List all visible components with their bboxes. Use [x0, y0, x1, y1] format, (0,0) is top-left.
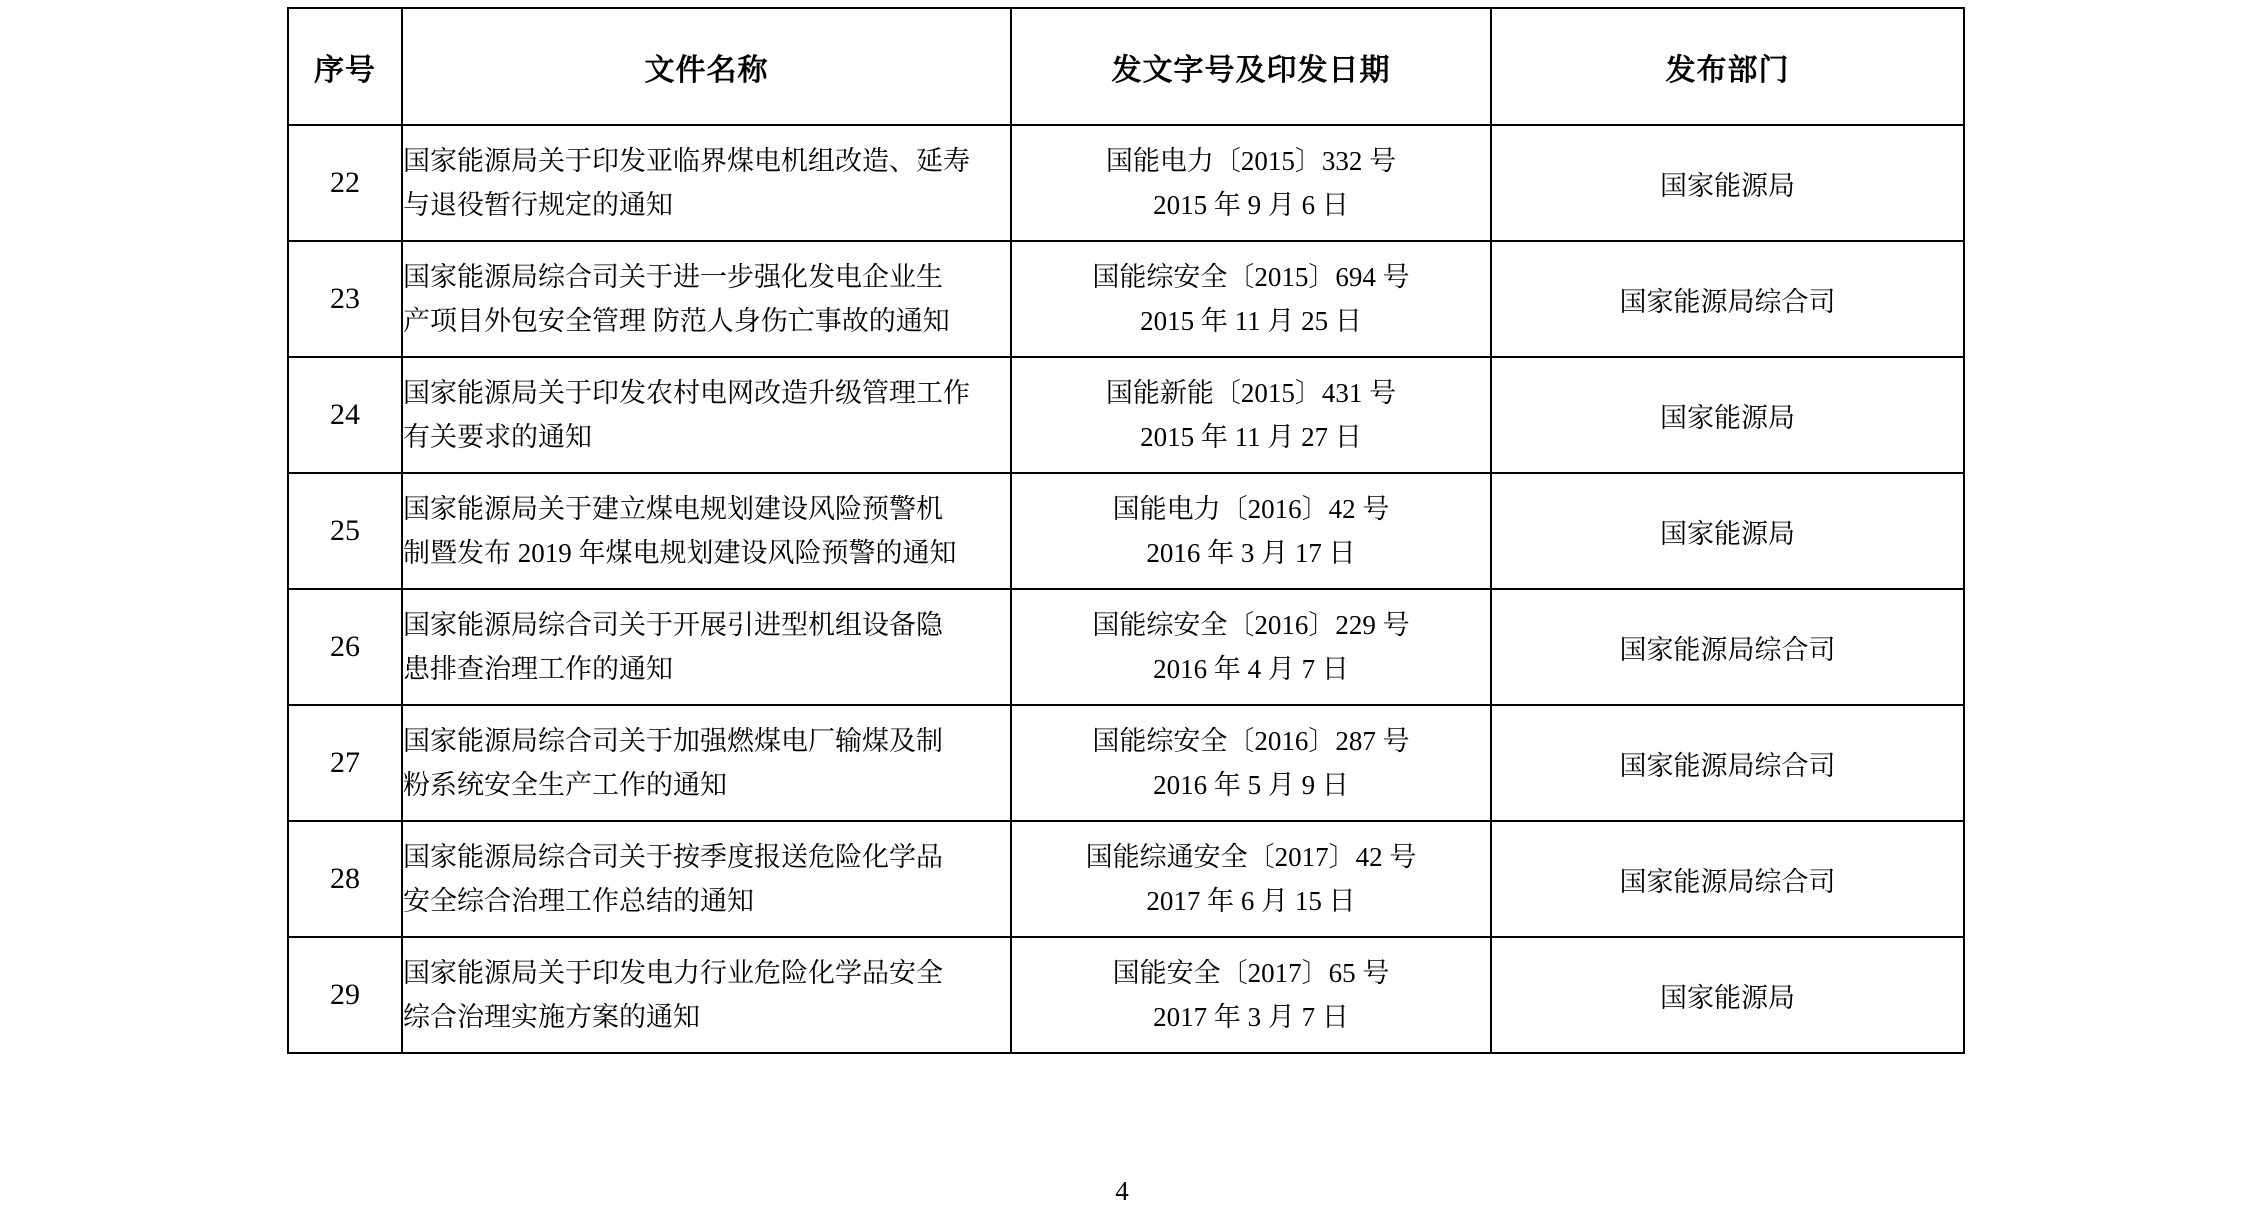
cell-department: 国家能源局	[1491, 937, 1964, 1053]
doc-number: 国能综安全〔2016〕287 号	[1012, 719, 1490, 763]
cell-document-name: 国家能源局综合司关于按季度报送危险化学品 安全综合治理工作总结的通知	[402, 821, 1011, 937]
cell-document-name: 国家能源局关于建立煤电规划建设风险预警机 制暨发布 2019 年煤电规划建设风险…	[402, 473, 1011, 589]
cell-doc-number-date: 国能综安全〔2016〕287 号 2016 年 5 月 9 日	[1011, 705, 1491, 821]
table-row: 27 国家能源局综合司关于加强燃煤电厂输煤及制 粉系统安全生产工作的通知 国能综…	[288, 705, 1964, 821]
cell-department: 国家能源局综合司	[1491, 821, 1964, 937]
cell-department: 国家能源局综合司	[1491, 705, 1964, 821]
table-row: 28 国家能源局综合司关于按季度报送危险化学品 安全综合治理工作总结的通知 国能…	[288, 821, 1964, 937]
cell-serial-number: 24	[288, 357, 402, 473]
cell-department: 国家能源局	[1491, 473, 1964, 589]
cell-doc-number-date: 国能电力〔2016〕42 号 2016 年 3 月 17 日	[1011, 473, 1491, 589]
page-number: 4	[0, 1176, 2244, 1207]
header-doc-number-date: 发文字号及印发日期	[1011, 8, 1491, 125]
cell-doc-number-date: 国能综安全〔2016〕229 号 2016 年 4 月 7 日	[1011, 589, 1491, 705]
doc-number: 国能综通安全〔2017〕42 号	[1012, 835, 1490, 879]
cell-doc-number-date: 国能新能〔2015〕431 号 2015 年 11 月 27 日	[1011, 357, 1491, 473]
cell-department: 国家能源局	[1491, 357, 1964, 473]
cell-document-name: 国家能源局关于印发亚临界煤电机组改造、延寿 与退役暂行规定的通知	[402, 125, 1011, 241]
doc-date: 2016 年 4 月 7 日	[1012, 647, 1490, 691]
doc-date: 2017 年 6 月 15 日	[1012, 879, 1490, 923]
cell-document-name: 国家能源局关于印发农村电网改造升级管理工作 有关要求的通知	[402, 357, 1011, 473]
header-issuing-department: 发布部门	[1491, 8, 1964, 125]
table-row: 25 国家能源局关于建立煤电规划建设风险预警机 制暨发布 2019 年煤电规划建…	[288, 473, 1964, 589]
cell-doc-number-date: 国能电力〔2015〕332 号 2015 年 9 月 6 日	[1011, 125, 1491, 241]
doc-date: 2016 年 5 月 9 日	[1012, 763, 1490, 807]
cell-serial-number: 22	[288, 125, 402, 241]
cell-doc-number-date: 国能安全〔2017〕65 号 2017 年 3 月 7 日	[1011, 937, 1491, 1053]
doc-number: 国能电力〔2016〕42 号	[1012, 487, 1490, 531]
header-serial-number: 序号	[288, 8, 402, 125]
doc-date: 2015 年 9 月 6 日	[1012, 183, 1490, 227]
doc-number: 国能综安全〔2016〕229 号	[1012, 603, 1490, 647]
cell-doc-number-date: 国能综通安全〔2017〕42 号 2017 年 6 月 15 日	[1011, 821, 1491, 937]
cell-document-name: 国家能源局综合司关于加强燃煤电厂输煤及制 粉系统安全生产工作的通知	[402, 705, 1011, 821]
cell-department: 国家能源局	[1491, 125, 1964, 241]
doc-date: 2015 年 11 月 27 日	[1012, 415, 1490, 459]
doc-number: 国能综安全〔2015〕694 号	[1012, 255, 1490, 299]
cell-document-name: 国家能源局综合司关于进一步强化发电企业生 产项目外包安全管理 防范人身伤亡事故的…	[402, 241, 1011, 357]
doc-date: 2017 年 3 月 7 日	[1012, 995, 1490, 1039]
cell-serial-number: 27	[288, 705, 402, 821]
cell-serial-number: 28	[288, 821, 402, 937]
table-row: 23 国家能源局综合司关于进一步强化发电企业生 产项目外包安全管理 防范人身伤亡…	[288, 241, 1964, 357]
table-row: 29 国家能源局关于印发电力行业危险化学品安全 综合治理实施方案的通知 国能安全…	[288, 937, 1964, 1053]
cell-serial-number: 29	[288, 937, 402, 1053]
doc-date: 2015 年 11 月 25 日	[1012, 299, 1490, 343]
doc-number: 国能安全〔2017〕65 号	[1012, 951, 1490, 995]
cell-serial-number: 26	[288, 589, 402, 705]
header-document-name: 文件名称	[402, 8, 1011, 125]
table-row: 24 国家能源局关于印发农村电网改造升级管理工作 有关要求的通知 国能新能〔20…	[288, 357, 1964, 473]
table-row: 22 国家能源局关于印发亚临界煤电机组改造、延寿 与退役暂行规定的通知 国能电力…	[288, 125, 1964, 241]
cell-department: 国家能源局综合司	[1491, 589, 1964, 705]
cell-serial-number: 25	[288, 473, 402, 589]
doc-date: 2016 年 3 月 17 日	[1012, 531, 1490, 575]
cell-document-name: 国家能源局综合司关于开展引进型机组设备隐 患排查治理工作的通知	[402, 589, 1011, 705]
table-header-row: 序号 文件名称 发文字号及印发日期 发布部门	[288, 8, 1964, 125]
cell-doc-number-date: 国能综安全〔2015〕694 号 2015 年 11 月 25 日	[1011, 241, 1491, 357]
document-table: 序号 文件名称 发文字号及印发日期 发布部门 22 国家能源局关于印发亚临界煤电…	[287, 7, 1965, 1054]
table-row: 26 国家能源局综合司关于开展引进型机组设备隐 患排查治理工作的通知 国能综安全…	[288, 589, 1964, 705]
cell-document-name: 国家能源局关于印发电力行业危险化学品安全 综合治理实施方案的通知	[402, 937, 1011, 1053]
doc-number: 国能电力〔2015〕332 号	[1012, 139, 1490, 183]
cell-serial-number: 23	[288, 241, 402, 357]
cell-department: 国家能源局综合司	[1491, 241, 1964, 357]
doc-number: 国能新能〔2015〕431 号	[1012, 371, 1490, 415]
